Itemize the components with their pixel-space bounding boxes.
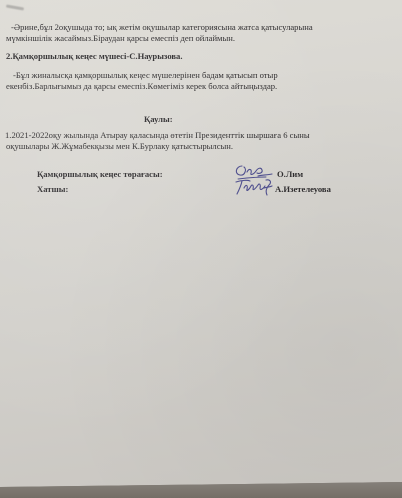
smudge-mark [6,4,24,10]
decision-heading: Қаулы: [144,114,173,125]
paragraph1-line1: -Әрине,бұл 2оқушыда то; ық жетім оқушыла… [11,22,313,33]
signature-name-chair: О.Лим [277,169,303,180]
signature-secretary-icon [234,176,278,198]
document-page: -Әрине,бұл 2оқушыда то; ық жетім оқушыла… [0,0,402,498]
signature-name-secretary: А.Изетелеуова [275,184,331,195]
decision1-line2: оқушылары Ж.Жұмабекқызы мен К.Бурлаку қа… [6,141,233,152]
paragraph1-line2: мүмкіншілік жасаймыз.Біраудан қарсы емес… [6,33,235,44]
signature-role-chair: Қамқоршылық кеңес төрағасы: [37,169,163,180]
paragraph2-line2: екенбіз.Барлығымыз да қарсы емеспіз.Көме… [6,81,277,92]
decision1-line1: 1.2021-2022оқу жылында Атырау қаласында … [5,130,310,141]
speaker2-heading: 2.Қамқоршылық кеңес мүшесі-С.Наурызова. [6,51,182,62]
signature-role-secretary: Хатшы: [37,184,68,195]
paragraph2-line1: -Бұл жиналысқа қамқоршылық кеңес мүшелер… [13,70,278,81]
